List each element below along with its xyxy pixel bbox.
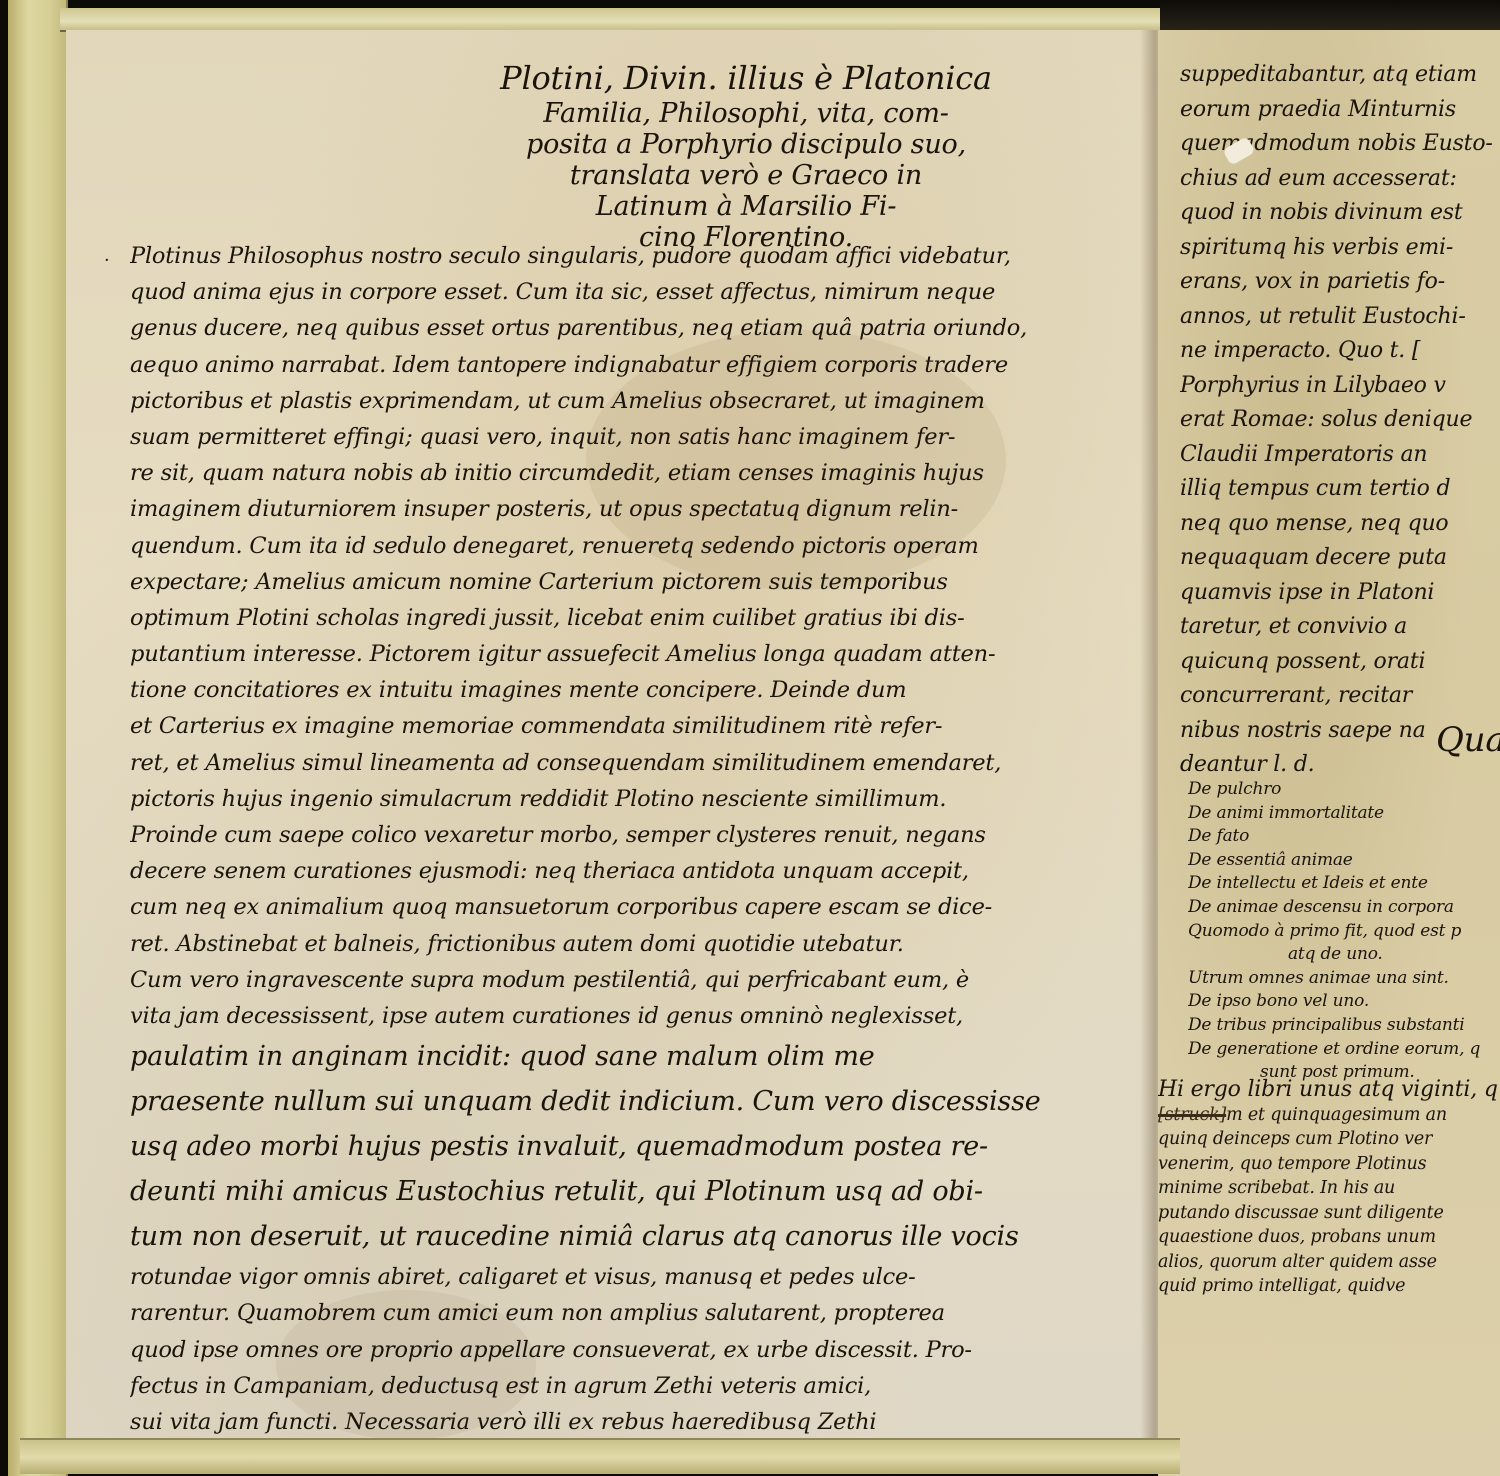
- toc-item: Quomodo à primo fit, quod est p: [1188, 920, 1500, 944]
- text-line: eorum praedia Minturnis: [1180, 93, 1500, 128]
- text-line: usq adeo morbi hujus pestis invaluit, qu…: [130, 1124, 1170, 1169]
- text-line: ret, et Amelius simul lineamenta ad cons…: [130, 745, 1170, 781]
- text-line: putando discussae sunt diligente: [1158, 1201, 1500, 1226]
- toc-item-continuation: atq de uno.: [1188, 943, 1500, 967]
- margin-mark: ·: [104, 250, 110, 271]
- text-line: genus ducere, neq quibus esset ortus par…: [130, 310, 1170, 346]
- text-line: tum non deseruit, ut raucedine nimiâ cla…: [130, 1214, 1170, 1259]
- body-text-right: suppeditabantur, atq etiam eorum praedia…: [1180, 58, 1500, 783]
- text-line: quendum. Cum ita id sedulo denegaret, re…: [130, 528, 1170, 564]
- table-of-contents: De pulchro De animi immortalitate De fat…: [1188, 778, 1500, 1085]
- text-line: pictoris hujus ingenio simulacrum reddid…: [130, 781, 1170, 817]
- toc-item: De fato: [1188, 825, 1500, 849]
- text-line: re sit, quam natura nobis ab initio circ…: [130, 455, 1170, 491]
- text-line: Proinde cum saepe colico vexaretur morbo…: [130, 817, 1170, 853]
- vellum-binding-bottom-edge: [20, 1438, 1180, 1474]
- text-line: quinq deinceps cum Plotino ver: [1158, 1127, 1500, 1152]
- text-line: pictoribus et plastis exprimendam, ut cu…: [130, 383, 1170, 419]
- text-line: sui vita jam functi. Necessaria verò ill…: [130, 1404, 1170, 1440]
- text-line: imaginem diuturniorem insuper posteris, …: [130, 491, 1170, 527]
- text-line: venerim, quo tempore Plotinus: [1158, 1152, 1500, 1177]
- struck-text: [struck]: [1158, 1105, 1226, 1125]
- text-fragment: m et quinquagesimum an: [1226, 1105, 1447, 1125]
- text-line: cum neq ex animalium quoq mansuetorum co…: [130, 889, 1170, 925]
- text-line: suppeditabantur, atq etiam: [1180, 58, 1500, 93]
- toc-item: Utrum omnes animae una sint.: [1188, 967, 1500, 991]
- text-line: nequaquam decere puta: [1180, 541, 1500, 576]
- text-line: optimum Plotini scholas ingredi jussit, …: [130, 600, 1170, 636]
- text-line: ret. Abstinebat et balneis, frictionibus…: [130, 926, 1170, 962]
- text-line: decere senem curationes ejusmodi: neq th…: [130, 853, 1170, 889]
- text-line: praesente nullum sui unquam dedit indici…: [130, 1079, 1170, 1124]
- text-line: taretur, et convivio a: [1180, 610, 1500, 645]
- text-line: quod in nobis divinum est: [1180, 196, 1500, 231]
- text-line: quid primo intelligat, quidve: [1158, 1274, 1500, 1299]
- vellum-binding-left-edge: [8, 0, 68, 1476]
- title-line: Plotini, Divin. illius è Platonica: [446, 58, 1046, 98]
- toc-item: De ipso bono vel uno.: [1188, 990, 1500, 1014]
- text-line: paulatim in anginam incidit: quod sane m…: [130, 1034, 1170, 1079]
- text-line: illiq tempus cum tertio d: [1180, 472, 1500, 507]
- text-line: Cum vero ingravescente supra modum pesti…: [130, 962, 1170, 998]
- cover-shadow: [1160, 0, 1500, 34]
- text-line: fectus in Campaniam, deductusq est in ag…: [130, 1368, 1170, 1404]
- text-line: minime scribebat. In his au: [1158, 1176, 1500, 1201]
- vellum-binding-top-edge: [60, 8, 1160, 32]
- text-line: rarentur. Quamobrem cum amici eum non am…: [130, 1295, 1170, 1331]
- text-line: ne imperacto. Quo t. [: [1180, 334, 1500, 369]
- text-line: Claudii Imperatoris an: [1180, 438, 1500, 473]
- text-line: Hi ergo libri unus atq viginti, q: [1158, 1078, 1500, 1103]
- title-line: translata verò e Graeco in: [446, 160, 1046, 191]
- text-line: concurrerant, recitar: [1180, 679, 1500, 714]
- text-line: expectare; Amelius amicum nomine Carteri…: [130, 564, 1170, 600]
- text-line: tione concitatiores ex intuitu imagines …: [130, 672, 1170, 708]
- text-line: quamvis ipse in Platoni: [1180, 576, 1500, 611]
- text-line: aequo animo narrabat. Idem tantopere ind…: [130, 347, 1170, 383]
- text-line: alios, quorum alter quidem asse: [1158, 1250, 1500, 1275]
- title-line: Latinum à Marsilio Fi-: [446, 191, 1046, 222]
- text-line: Plotinus Philosophus nostro seculo singu…: [130, 238, 1170, 274]
- body-text-right-lower: Hi ergo libri unus atq viginti, q [struc…: [1158, 1078, 1500, 1299]
- left-page: Plotini, Divin. illius è Platonica Famil…: [66, 30, 1158, 1440]
- text-line: quod ipse omnes ore proprio appellare co…: [130, 1332, 1170, 1368]
- toc-item: De animi immortalitate: [1188, 802, 1500, 826]
- text-line: quaestione duos, probans unum: [1158, 1225, 1500, 1250]
- text-line: [struck]m et quinquagesimum an: [1158, 1103, 1500, 1128]
- title-line: Familia, Philosophi, vita, com-: [446, 98, 1046, 129]
- text-line: Porphyrius in Lilybaeo v: [1180, 369, 1500, 404]
- text-line: quicunq possent, orati: [1180, 645, 1500, 680]
- text-line: vita jam decessissent, ipse autem curati…: [130, 998, 1170, 1034]
- text-line: neq quo mense, neq quo: [1180, 507, 1500, 542]
- text-line: suam permitteret effingi; quasi vero, in…: [130, 419, 1170, 455]
- manuscript-scan: Plotini, Divin. illius è Platonica Famil…: [0, 0, 1500, 1476]
- text-line: erans, vox in parietis fo-: [1180, 265, 1500, 300]
- text-line: putantium interesse. Pictorem igitur ass…: [130, 636, 1170, 672]
- title-line: posita a Porphyrio discipulo suo,: [446, 129, 1046, 160]
- text-line: quod anima ejus in corpore esset. Cum it…: [130, 274, 1170, 310]
- text-line: erat Romae: solus denique: [1180, 403, 1500, 438]
- text-line: annos, ut retulit Eustochi-: [1180, 300, 1500, 335]
- body-text-left: Plotinus Philosophus nostro seculo singu…: [130, 238, 1170, 1440]
- toc-item: De pulchro: [1188, 778, 1500, 802]
- toc-item: De tribus principalibus substanti: [1188, 1014, 1500, 1038]
- text-line: rotundae vigor omnis abiret, caligaret e…: [130, 1259, 1170, 1295]
- text-line: et Carterius ex imagine memoriae commend…: [130, 708, 1170, 744]
- toc-item: De animae descensu in corpora: [1188, 896, 1500, 920]
- text-line: deunti mihi amicus Eustochius retulit, q…: [130, 1169, 1170, 1214]
- section-heading: Qua: [1436, 720, 1500, 760]
- right-page: suppeditabantur, atq etiam eorum praedia…: [1158, 30, 1500, 1476]
- page-title: Plotini, Divin. illius è Platonica Famil…: [446, 58, 1046, 253]
- toc-item: De essentiâ animae: [1188, 849, 1500, 873]
- toc-item: De intellectu et Ideis et ente: [1188, 872, 1500, 896]
- text-line: chius ad eum accesserat:: [1180, 162, 1500, 197]
- toc-item: De generatione et ordine eorum, q: [1188, 1038, 1500, 1062]
- text-line: spiritumq his verbis emi-: [1180, 231, 1500, 266]
